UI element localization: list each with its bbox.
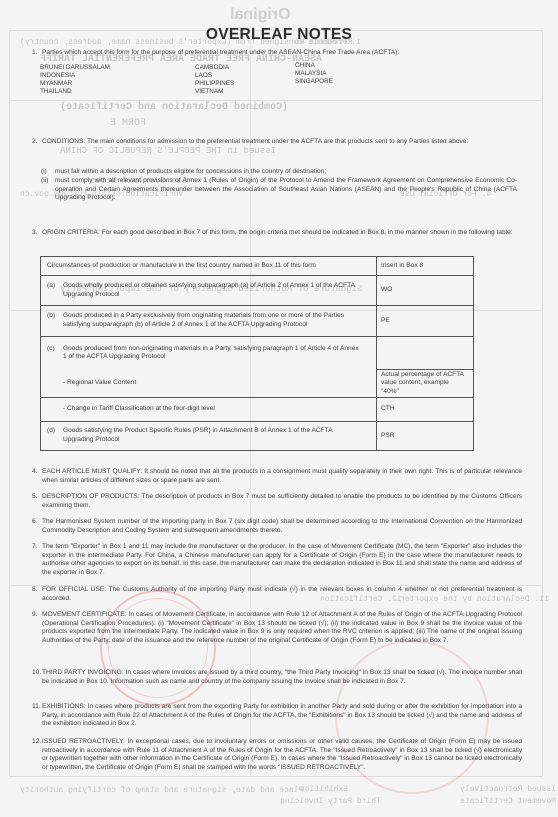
note-number: 10. (32, 669, 41, 678)
table-cell: PE (377, 306, 474, 337)
row-label: (d) (47, 427, 63, 436)
table-cell: WO (377, 276, 474, 306)
page-title: OVERLEAF NOTES (0, 26, 558, 44)
table-cell: - Regional Value Content (41, 370, 377, 398)
note-4: 4. EACH ARTICLE MUST QUALIFY: It should … (32, 468, 522, 485)
table-cell: - Change in Tariff Classification at the… (41, 398, 377, 422)
note-text: THIRD PARTY INVOICING: In cases where in… (42, 669, 522, 686)
note-6: 6. The Harmonised System number of the i… (32, 518, 522, 535)
note-number: 2. (32, 138, 38, 147)
condition-text: must comply with all relevant provisions… (55, 177, 517, 203)
table-cell (377, 337, 474, 370)
bleed-through-line: Movement Certificate (460, 797, 556, 806)
condition-item: (ii) must comply with all relevant provi… (41, 177, 517, 203)
note-number: 1. (32, 49, 38, 58)
note-number: 3. (32, 229, 38, 238)
note-number: 4. (32, 468, 38, 477)
table-cell: (a)Goods wholly produced or obtained sat… (41, 276, 377, 306)
country-column: BRUNEI DARUSSALAM INDONESIA MYANMAR THAI… (40, 64, 110, 96)
table-row: (d)Goods satisfying the Product Specific… (41, 422, 474, 451)
bleed-through-heading: Original (230, 6, 290, 24)
note-9: 9. MOVEMENT CERTIFICATE: In cases of Mov… (32, 611, 522, 645)
table-row: - Regional Value Content Actual percenta… (41, 370, 474, 398)
note-12: 12. ISSUED RETROACTIVELY: In exceptional… (32, 738, 522, 772)
bleed-through-rule (9, 100, 541, 101)
country-item: INDONESIA (40, 72, 110, 80)
note-text: FOR OFFICIAL USE: The Customs Authority … (42, 586, 522, 603)
table-header-cell: Circumstances of production or manufactu… (41, 257, 377, 276)
note-text: CONDITIONS: The main conditions for admi… (42, 138, 522, 147)
bleed-through-line: FORM E (110, 118, 146, 129)
note-11: 11. EXHIBITIONS: In cases where products… (32, 703, 522, 729)
bleed-through-line: (Combined Declaration and Certificate) (60, 102, 288, 113)
note-number: 5. (32, 493, 38, 502)
note-number: 11. (32, 703, 41, 712)
table-row: - Change in Tariff Classification at the… (41, 398, 474, 422)
note-text: The term "Exporter" in Box 1 and 11 may … (42, 543, 522, 577)
condition-item: (i) must fall within a description of pr… (41, 168, 517, 177)
country-item: PHILIPPINES (195, 80, 234, 88)
note-number: 7. (32, 543, 38, 552)
country-column: CAMBODIA LAOS PHILIPPINES VIETNAM (195, 64, 234, 96)
note-text: DESCRIPTION OF PRODUCTS: The description… (42, 493, 522, 510)
country-column: CHINA MALAYSIA SINGAPORE (295, 62, 333, 86)
country-item: THAILAND (40, 88, 110, 96)
note-1: 1. Parties which accept this form for th… (32, 49, 522, 58)
table-row: (c)Goods produced from non-originating m… (41, 337, 474, 370)
row-text: Goods produced from non-originating mate… (63, 345, 363, 362)
table-cell: (c)Goods produced from non-originating m… (41, 337, 377, 370)
note-8: 8. FOR OFFICIAL USE: The Customs Authori… (32, 586, 522, 603)
note-text: EXHIBITIONS: In cases where products are… (42, 703, 522, 729)
row-label: (c) (47, 345, 63, 354)
country-item: SINGAPORE (295, 78, 333, 86)
row-label: (a) (47, 282, 63, 291)
note-10: 10. THIRD PARTY INVOICING: In cases wher… (32, 669, 522, 686)
note-7: 7. The term "Exporter" in Box 1 and 11 m… (32, 543, 522, 577)
table-cell: PSR (377, 422, 474, 451)
condition-text: must fall within a description of produc… (55, 168, 517, 177)
note-number: 8. (32, 586, 38, 595)
bleed-through-line: Issued Retroactively (460, 785, 556, 794)
table-row: (a)Goods wholly produced or obtained sat… (41, 276, 474, 306)
note-text: EACH ARTICLE MUST QUALIFY: It should be … (42, 468, 522, 485)
note-number: 9. (32, 611, 38, 620)
table-cell: (d)Goods satisfying the Product Specific… (41, 422, 377, 451)
row-label: (b) (47, 312, 63, 321)
country-item: LAOS (195, 72, 234, 80)
table-cell: CTH (377, 398, 474, 422)
table-header-cell: Insert in Box 8 (377, 257, 474, 276)
bleed-through-line: Third Party Invoicing (280, 797, 381, 806)
document-page: Original 1. Products consigned from (Exp… (0, 0, 558, 817)
note-text: Parties which accept this form for the p… (42, 49, 522, 58)
note-number: 6. (32, 518, 38, 527)
country-item: MYANMAR (40, 80, 110, 88)
note-text: The Harmonised System number of the impo… (42, 518, 522, 535)
bleed-through-line: Issued in THE PEOPLE'S REPUBLIC OF CHINA (60, 146, 276, 156)
bleed-through-line: Exhibition (300, 785, 348, 794)
note-text: ORIGIN CRITERIA: For each good described… (42, 229, 522, 238)
country-item: CAMBODIA (195, 64, 234, 72)
table-cell: (b)Goods produced in a Party exclusively… (41, 306, 377, 337)
country-item: BRUNEI DARUSSALAM (40, 64, 110, 72)
country-item: CHINA (295, 62, 333, 70)
country-item: MALAYSIA (295, 70, 333, 78)
country-item: VIETNAM (195, 88, 234, 96)
bleed-through-line: Place and date, signature and stamp of c… (20, 786, 303, 795)
table-cell: Actual percentage of ACFTA value content… (377, 370, 474, 398)
table-row: (b)Goods produced in a Party exclusively… (41, 306, 474, 337)
row-text: Goods wholly produced or obtained satisf… (63, 282, 363, 299)
row-text: Goods satisfying the Product Specific Ru… (63, 427, 363, 444)
note-3: 3. ORIGIN CRITERIA: For each good descri… (32, 229, 522, 238)
condition-key: (i) (41, 168, 47, 177)
condition-key: (ii) (41, 177, 48, 186)
note-text: MOVEMENT CERTIFICATE: In cases of Moveme… (42, 611, 522, 645)
note-number: 12. (32, 738, 41, 747)
origin-criteria-table: Circumstances of production or manufactu… (40, 256, 474, 451)
note-2: 2. CONDITIONS: The main conditions for a… (32, 138, 522, 147)
note-5: 5. DESCRIPTION OF PRODUCTS: The descript… (32, 493, 522, 510)
note-text: ISSUED RETROACTIVELY: In exceptional cas… (42, 738, 522, 772)
table-header-row: Circumstances of production or manufactu… (41, 257, 474, 276)
row-text: Goods produced in a Party exclusively fr… (63, 312, 363, 329)
